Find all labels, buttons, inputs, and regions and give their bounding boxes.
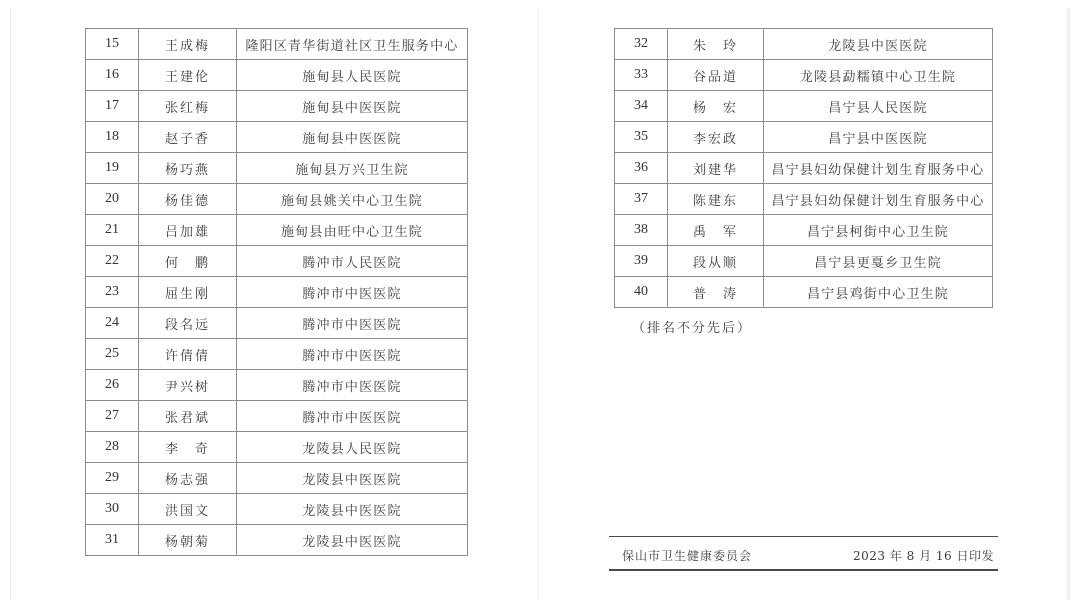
roster-table-right: 32朱 玲龙陵县中医医院33谷品道龙陵县勐糯镇中心卫生院34杨 宏昌宁县人民医院… bbox=[614, 28, 993, 308]
table-row: 24段名远腾冲市中医医院 bbox=[86, 308, 468, 339]
organization: 施甸县中医医院 bbox=[237, 122, 468, 153]
table-row: 18赵子香施甸县中医医院 bbox=[86, 122, 468, 153]
person-name: 李 奇 bbox=[139, 432, 237, 463]
person-name: 屈生刚 bbox=[139, 277, 237, 308]
table-row: 23屈生刚腾冲市中医医院 bbox=[86, 277, 468, 308]
row-number: 33 bbox=[615, 60, 668, 91]
table-row: 30洪国文龙陵县中医医院 bbox=[86, 494, 468, 525]
table-row: 22何 鹏腾冲市人民医院 bbox=[86, 246, 468, 277]
organization: 龙陵县中医医院 bbox=[237, 463, 468, 494]
person-name: 陈建东 bbox=[668, 184, 764, 215]
organization: 昌宁县妇幼保健计划生育服务中心 bbox=[764, 184, 993, 215]
roster-table-left: 15王成梅隆阳区青华街道社区卫生服务中心16王建伦施甸县人民医院17张红梅施甸县… bbox=[85, 28, 468, 556]
table-row: 38禹 军昌宁县柯街中心卫生院 bbox=[615, 215, 993, 246]
organization: 昌宁县更戛乡卫生院 bbox=[764, 246, 993, 277]
person-name: 杨志强 bbox=[139, 463, 237, 494]
person-name: 王成梅 bbox=[139, 29, 237, 60]
person-name: 普 涛 bbox=[668, 277, 764, 308]
table-row: 40普 涛昌宁县鸡街中心卫生院 bbox=[615, 277, 993, 308]
table-row: 26尹兴树腾冲市中医医院 bbox=[86, 370, 468, 401]
person-name: 尹兴树 bbox=[139, 370, 237, 401]
row-number: 24 bbox=[86, 308, 139, 339]
table-row: 28李 奇龙陵县人民医院 bbox=[86, 432, 468, 463]
row-number: 26 bbox=[86, 370, 139, 401]
table-row: 21吕加雄施甸县由旺中心卫生院 bbox=[86, 215, 468, 246]
table-row: 29杨志强龙陵县中医医院 bbox=[86, 463, 468, 494]
table-row: 16王建伦施甸县人民医院 bbox=[86, 60, 468, 91]
person-name: 王建伦 bbox=[139, 60, 237, 91]
page-divider bbox=[537, 8, 538, 600]
person-name: 许倩倩 bbox=[139, 339, 237, 370]
person-name: 杨巧燕 bbox=[139, 153, 237, 184]
row-number: 31 bbox=[86, 525, 139, 556]
table-row: 25许倩倩腾冲市中医医院 bbox=[86, 339, 468, 370]
footer-rule-top bbox=[609, 536, 998, 537]
person-name: 段名远 bbox=[139, 308, 237, 339]
row-number: 17 bbox=[86, 91, 139, 122]
person-name: 杨佳德 bbox=[139, 184, 237, 215]
row-number: 19 bbox=[86, 153, 139, 184]
person-name: 吕加雄 bbox=[139, 215, 237, 246]
organization: 龙陵县人民医院 bbox=[237, 432, 468, 463]
person-name: 何 鹏 bbox=[139, 246, 237, 277]
table-row: 37陈建东昌宁县妇幼保健计划生育服务中心 bbox=[615, 184, 993, 215]
organization: 龙陵县中医医院 bbox=[237, 525, 468, 556]
row-number: 39 bbox=[615, 246, 668, 277]
row-number: 40 bbox=[615, 277, 668, 308]
person-name: 张红梅 bbox=[139, 91, 237, 122]
organization: 腾冲市中医医院 bbox=[237, 370, 468, 401]
organization: 昌宁县人民医院 bbox=[764, 91, 993, 122]
table-row: 20杨佳德施甸县姚关中心卫生院 bbox=[86, 184, 468, 215]
organization: 施甸县由旺中心卫生院 bbox=[237, 215, 468, 246]
organization: 施甸县万兴卫生院 bbox=[237, 153, 468, 184]
table-row: 15王成梅隆阳区青华街道社区卫生服务中心 bbox=[86, 29, 468, 60]
row-number: 34 bbox=[615, 91, 668, 122]
table-row: 31杨朝菊龙陵县中医医院 bbox=[86, 525, 468, 556]
row-number: 22 bbox=[86, 246, 139, 277]
row-number: 37 bbox=[615, 184, 668, 215]
row-number: 20 bbox=[86, 184, 139, 215]
table-row: 36刘建华昌宁县妇幼保健计划生育服务中心 bbox=[615, 153, 993, 184]
person-name: 朱 玲 bbox=[668, 29, 764, 60]
organization: 昌宁县鸡街中心卫生院 bbox=[764, 277, 993, 308]
table-row: 34杨 宏昌宁县人民医院 bbox=[615, 91, 993, 122]
person-name: 洪国文 bbox=[139, 494, 237, 525]
person-name: 赵子香 bbox=[139, 122, 237, 153]
organization: 腾冲市中医医院 bbox=[237, 401, 468, 432]
footer-issuer: 保山市卫生健康委员会 bbox=[622, 547, 752, 564]
organization: 龙陵县勐糯镇中心卫生院 bbox=[764, 60, 993, 91]
person-name: 谷品道 bbox=[668, 60, 764, 91]
organization: 昌宁县柯街中心卫生院 bbox=[764, 215, 993, 246]
row-number: 36 bbox=[615, 153, 668, 184]
row-number: 15 bbox=[86, 29, 139, 60]
organization: 腾冲市人民医院 bbox=[237, 246, 468, 277]
person-name: 禹 军 bbox=[668, 215, 764, 246]
row-number: 28 bbox=[86, 432, 139, 463]
organization: 施甸县人民医院 bbox=[237, 60, 468, 91]
table-row: 17张红梅施甸县中医医院 bbox=[86, 91, 468, 122]
person-name: 刘建华 bbox=[668, 153, 764, 184]
table-row: 33谷品道龙陵县勐糯镇中心卫生院 bbox=[615, 60, 993, 91]
organization: 腾冲市中医医院 bbox=[237, 339, 468, 370]
person-name: 段从顺 bbox=[668, 246, 764, 277]
organization: 龙陵县中医医院 bbox=[237, 494, 468, 525]
row-number: 21 bbox=[86, 215, 139, 246]
page-edge-right bbox=[1067, 8, 1070, 600]
ranking-note: （排名不分先后） bbox=[632, 317, 752, 336]
row-number: 32 bbox=[615, 29, 668, 60]
person-name: 杨 宏 bbox=[668, 91, 764, 122]
table-row: 32朱 玲龙陵县中医医院 bbox=[615, 29, 993, 60]
footer-rule-bottom bbox=[609, 569, 998, 571]
person-name: 李宏政 bbox=[668, 122, 764, 153]
organization: 腾冲市中医医院 bbox=[237, 308, 468, 339]
row-number: 30 bbox=[86, 494, 139, 525]
table-row: 19杨巧燕施甸县万兴卫生院 bbox=[86, 153, 468, 184]
person-name: 杨朝菊 bbox=[139, 525, 237, 556]
row-number: 25 bbox=[86, 339, 139, 370]
row-number: 29 bbox=[86, 463, 139, 494]
page-edge-left bbox=[10, 8, 11, 600]
person-name: 张君斌 bbox=[139, 401, 237, 432]
organization: 昌宁县中医医院 bbox=[764, 122, 993, 153]
organization: 腾冲市中医医院 bbox=[237, 277, 468, 308]
row-number: 18 bbox=[86, 122, 139, 153]
organization: 施甸县姚关中心卫生院 bbox=[237, 184, 468, 215]
row-number: 16 bbox=[86, 60, 139, 91]
organization: 隆阳区青华街道社区卫生服务中心 bbox=[237, 29, 468, 60]
table-row: 39段从顺昌宁县更戛乡卫生院 bbox=[615, 246, 993, 277]
footer-date: 2023 年 8 月 16 日印发 bbox=[853, 547, 994, 564]
organization: 施甸县中医医院 bbox=[237, 91, 468, 122]
row-number: 38 bbox=[615, 215, 668, 246]
organization: 昌宁县妇幼保健计划生育服务中心 bbox=[764, 153, 993, 184]
row-number: 27 bbox=[86, 401, 139, 432]
row-number: 35 bbox=[615, 122, 668, 153]
row-number: 23 bbox=[86, 277, 139, 308]
table-row: 27张君斌腾冲市中医医院 bbox=[86, 401, 468, 432]
organization: 龙陵县中医医院 bbox=[764, 29, 993, 60]
table-row: 35李宏政昌宁县中医医院 bbox=[615, 122, 993, 153]
